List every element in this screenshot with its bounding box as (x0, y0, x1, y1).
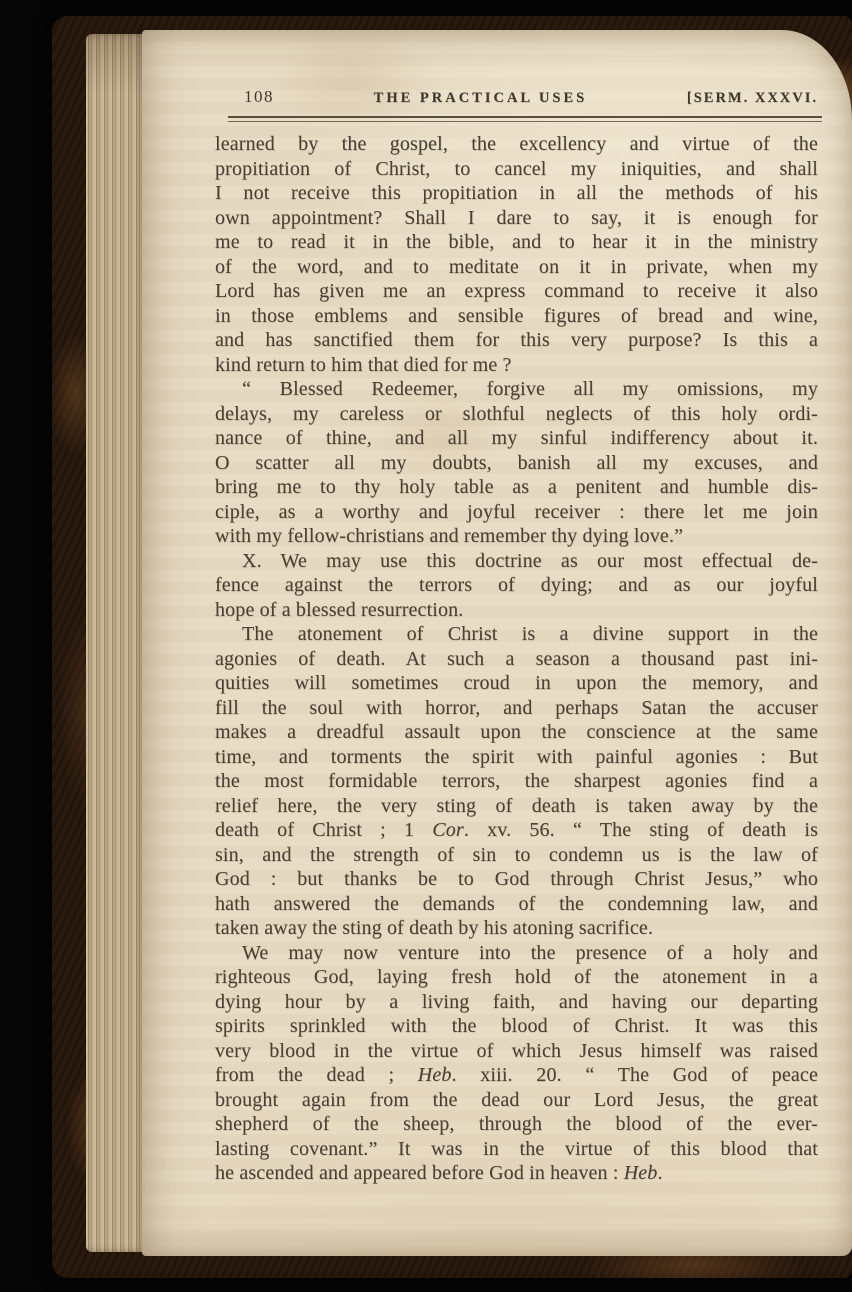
text-line: own appointment? Shall I dare to say, it… (215, 206, 818, 231)
text-line: righteous God, laying fresh hold of the … (215, 965, 818, 990)
text-line: in those emblems and sensible figures of… (215, 304, 818, 329)
text-line: shepherd of the sheep, through the blood… (215, 1112, 818, 1137)
running-title: THE PRACTICAL USES (274, 90, 687, 107)
text-line: hope of a blessed resurrection. (215, 598, 818, 623)
page-text: learned by the gospel, the excellency an… (215, 132, 818, 1186)
text-line: with my fellow-christians and remember t… (215, 524, 818, 549)
text-line: We may now venture into the presence of … (215, 941, 818, 966)
text-line: learned by the gospel, the excellency an… (215, 132, 818, 157)
text-line: Lord has given me an express command to … (215, 279, 818, 304)
book-photo: 108 THE PRACTICAL USES [SERM. XXXVI. lea… (0, 0, 852, 1292)
text-line: time, and torments the spirit with painf… (215, 745, 818, 770)
text-line: quities will sometimes croud in upon the… (215, 671, 818, 696)
page-edges (86, 34, 148, 1252)
text-line: delays, my careless or slothful neglects… (215, 402, 818, 427)
text-line: makes a dreadful assault upon the consci… (215, 720, 818, 745)
text-line: lasting covenant.” It was in the virtue … (215, 1137, 818, 1162)
text-line: me to read it in the bible, and to hear … (215, 230, 818, 255)
paragraph: X. We may use this doctrine as our most … (215, 549, 818, 623)
text-line: brought again from the dead our Lord Jes… (215, 1088, 818, 1113)
text-line: kind return to him that died for me ? (215, 353, 818, 378)
text-line: the most formidable terrors, the sharpes… (215, 769, 818, 794)
text-line: bring me to thy holy table as a penitent… (215, 475, 818, 500)
text-line: God : but thanks be to God through Chris… (215, 867, 818, 892)
book-page: 108 THE PRACTICAL USES [SERM. XXXVI. lea… (142, 30, 852, 1256)
text-line: he ascended and appeared before God in h… (215, 1161, 818, 1186)
text-line: taken away the sting of death by his ato… (215, 916, 818, 941)
text-line: and has sanctified them for this very pu… (215, 328, 818, 353)
text-line: sin, and the strength of sin to condemn … (215, 843, 818, 868)
text-line: O scatter all my doubts, banish all my e… (215, 451, 818, 476)
text-line: of the word, and to meditate on it in pr… (215, 255, 818, 280)
page-number: 108 (244, 87, 274, 107)
text-line: dying hour by a living faith, and having… (215, 990, 818, 1015)
text-line: relief here, the very sting of death is … (215, 794, 818, 819)
sermon-reference: [SERM. XXXVI. (687, 90, 818, 107)
header-rule (228, 116, 822, 122)
text-line: agonies of death. At such a season a tho… (215, 647, 818, 672)
text-line: very blood in the virtue of which Jesus … (215, 1039, 818, 1064)
text-line: nance of thine, and all my sinful indiff… (215, 426, 818, 451)
paragraph: The atonement of Christ is a divine supp… (215, 622, 818, 941)
paragraph: learned by the gospel, the excellency an… (215, 132, 818, 377)
text-line: propitiation of Christ, to cancel my ini… (215, 157, 818, 182)
paragraph: We may now venture into the presence of … (215, 941, 818, 1186)
text-line: fill the soul with horror, and perhaps S… (215, 696, 818, 721)
text-line: The atonement of Christ is a divine supp… (215, 622, 818, 647)
text-line: death of Christ ; 1 Cor. xv. 56. “ The s… (215, 818, 818, 843)
page-header: 108 THE PRACTICAL USES [SERM. XXXVI. (244, 87, 818, 107)
text-line: I not receive this propitiation in all t… (215, 181, 818, 206)
text-line: from the dead ; Heb. xiii. 20. “ The God… (215, 1063, 818, 1088)
text-line: spirits sprinkled with the blood of Chri… (215, 1014, 818, 1039)
text-line: ciple, as a worthy and joyful receiver :… (215, 500, 818, 525)
text-line: hath answered the demands of the condemn… (215, 892, 818, 917)
text-line: “ Blessed Redeemer, forgive all my omiss… (215, 377, 818, 402)
text-line: X. We may use this doctrine as our most … (215, 549, 818, 574)
text-line: fence against the terrors of dying; and … (215, 573, 818, 598)
paragraph: “ Blessed Redeemer, forgive all my omiss… (215, 377, 818, 549)
